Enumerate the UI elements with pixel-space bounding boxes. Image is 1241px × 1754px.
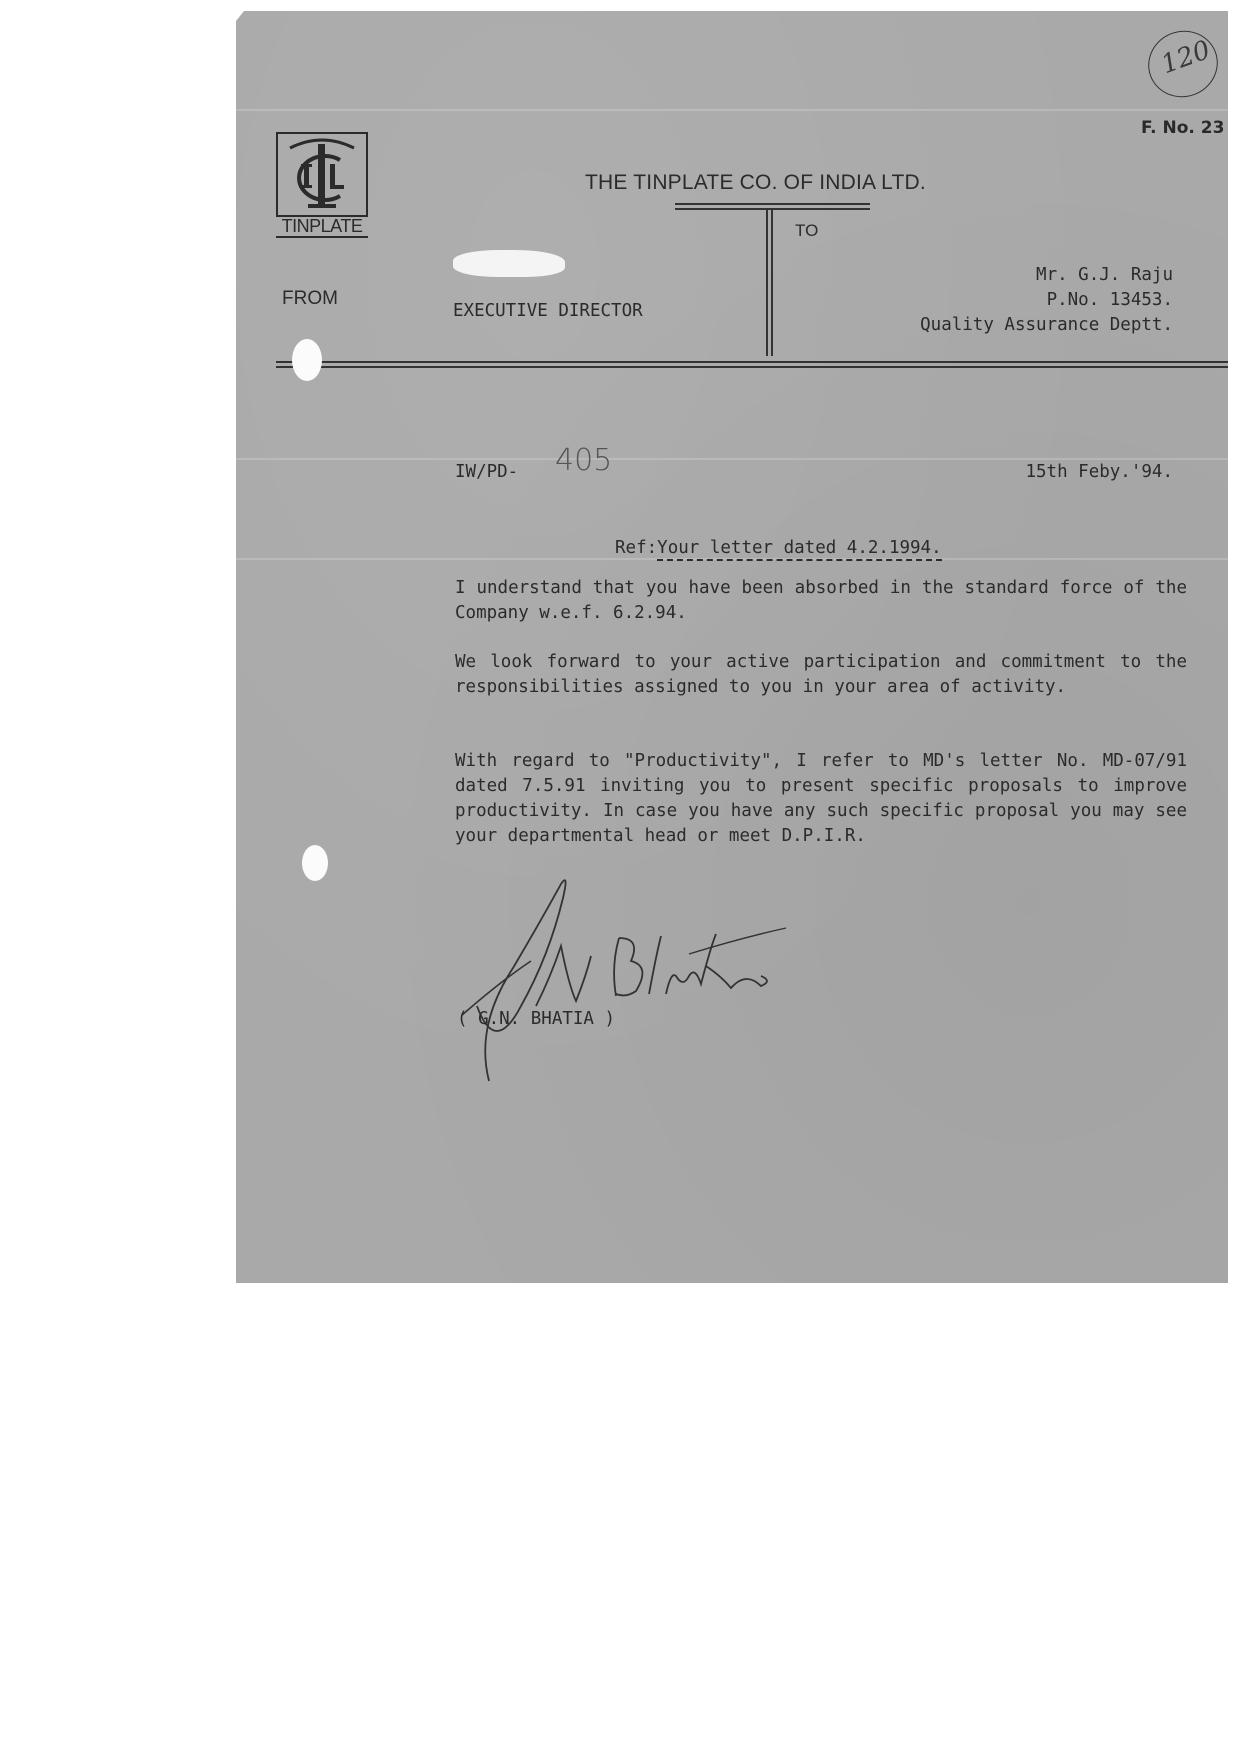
company-name: THE TINPLATE CO. OF INDIA LTD. — [585, 171, 926, 195]
company-underline — [675, 203, 870, 205]
header-rule — [276, 366, 1228, 368]
circled-page-number: 120 — [1139, 21, 1227, 107]
recipient-pno: P.No. 13453. — [920, 288, 1173, 313]
from-to-divider — [766, 210, 768, 356]
recipient-name: Mr. G.J. Raju — [920, 263, 1173, 288]
signatory-name: ( G.N. BHATIA ) — [457, 1009, 615, 1029]
handwritten-ref-number: 405 — [555, 443, 612, 478]
file-number: F. No. 23 — [1141, 118, 1224, 138]
body-paragraph-3: With regard to "Productivity", I refer t… — [455, 749, 1187, 849]
paper-fold — [236, 458, 1228, 460]
header-rule — [276, 361, 1228, 363]
letter-paper: 120 F. No. 23 TINPLATE THE TINPLATE CO. … — [236, 11, 1228, 1283]
from-label: FROM — [282, 288, 338, 310]
recipient-dept: Quality Assurance Deptt. — [920, 313, 1173, 338]
recipient-block: Mr. G.J. Raju P.No. 13453. Quality Assur… — [920, 263, 1173, 338]
company-logo — [276, 132, 368, 217]
punch-hole — [292, 339, 322, 381]
logo-wordmark: TINPLATE — [276, 216, 368, 238]
body-paragraph-1: I understand that you have been absorbed… — [455, 576, 1187, 626]
redacted-name — [453, 250, 565, 277]
body-paragraph-2: We look forward to your active participa… — [455, 650, 1187, 700]
reference-line: Ref:Your letter dated 4.2.1994. — [615, 538, 942, 558]
from-to-divider — [771, 210, 773, 356]
handwritten-signature-icon — [461, 876, 791, 1091]
to-label: TO — [795, 221, 818, 241]
letter-date: 15th Feby.'94. — [1025, 462, 1173, 482]
ref-label: Ref: — [615, 538, 657, 558]
reference-number: IW/PD- — [455, 462, 518, 482]
til-monogram-icon — [278, 134, 366, 215]
company-underline — [675, 208, 870, 210]
paper-fold — [236, 109, 1228, 111]
sender-title: EXECUTIVE DIRECTOR — [453, 301, 643, 321]
ref-text: Your letter dated 4.2.1994. — [657, 538, 941, 561]
punch-hole — [302, 845, 328, 881]
